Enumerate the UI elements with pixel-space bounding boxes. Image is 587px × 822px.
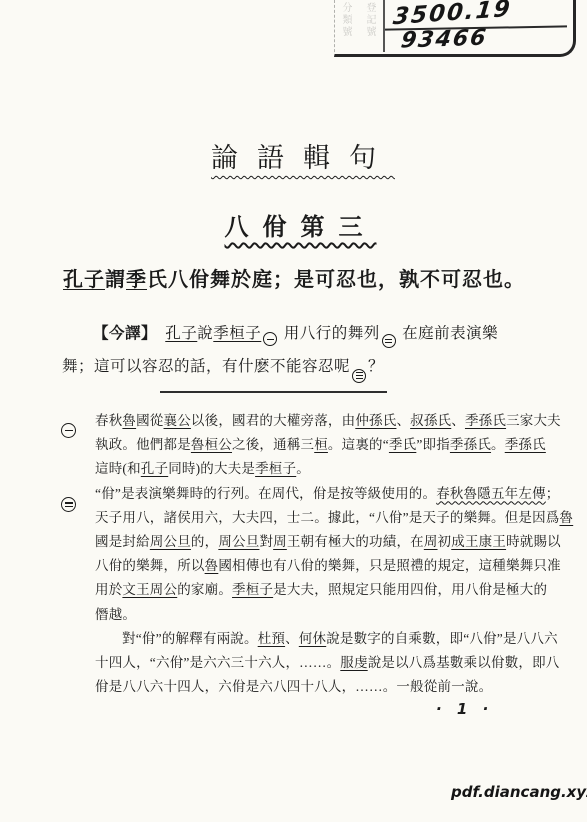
text-segment: 是大夫，照規定只能用四佾，用八佾是極大的 — [273, 582, 547, 597]
scanned-book-page: 分類號 登記號 3500.19 93466 論語輯句 八佾第三 孔子謂季氏八佾舞… — [0, 0, 587, 822]
proper-name-marked-text: 春秋魯隱五年左傳 — [436, 486, 546, 501]
proper-name-marked-text: 成王康王 — [451, 534, 506, 549]
text-line: 孔子謂季氏八佾舞於庭；是可忍也，孰不可忍也。 — [63, 265, 543, 295]
proper-name-marked-text: 季孫氏 — [450, 437, 491, 452]
text-segment: ； — [546, 486, 560, 501]
footnote-1-body: 春秋魯國從襄公以後，國君的大權旁落，由仲孫氏、叔孫氏、季孫氏三家大夫執政。他們都… — [95, 409, 559, 482]
proper-name-marked-text: 季氏 — [389, 437, 416, 452]
text-segment: 、 — [285, 631, 299, 646]
text-segment: 。 — [296, 461, 310, 476]
translation-block: 【今譯】 孔子說季桓子 用八行的舞列 在庭前表演樂舞；這可以容忍的話，有什麽不能… — [62, 317, 540, 383]
note-mark-icon — [61, 497, 76, 512]
proper-name-marked-text: 周 — [273, 534, 287, 549]
stamp-registration-label: 登記號 — [362, 2, 377, 55]
text-line: 僭越。 — [95, 603, 559, 627]
proper-name-marked-text: 襄公 — [164, 413, 191, 428]
text-segment: 的， — [191, 534, 218, 549]
text-line: 八佾的樂舞，所以魯國相傳也有八佾的樂舞，只是照禮的規定，這種樂舞只准 — [95, 554, 559, 578]
text-segment: 對 — [259, 534, 273, 549]
chapter-title: 八佾第三 — [0, 207, 587, 242]
text-segment: 國是封給 — [95, 534, 150, 549]
proper-name-marked-text: 周 — [424, 534, 438, 549]
text-segment: 。 — [491, 437, 505, 452]
text-segment: 說是數字的自乘數，即“八佾”是八八六 — [326, 631, 558, 646]
note-mark-icon — [263, 332, 277, 346]
text-segment: 這時(和 — [95, 461, 141, 476]
text-line: 用於文王周公的家廟。季桓子是大夫，照規定只能用四佾，用八佾是極大的 — [95, 578, 559, 602]
note-mark-icon — [352, 369, 366, 383]
text-segment: 在庭前表演樂 — [398, 325, 498, 342]
handwritten-registration-number: 93466 — [399, 25, 489, 53]
text-segment: 同時)的大夫是 — [168, 461, 255, 476]
text-segment: 對“佾”的解釋有兩說。 — [122, 631, 258, 646]
text-segment: ？ — [368, 358, 384, 375]
text-segment: ”即指 — [416, 437, 450, 452]
proper-name-marked-text: 孔子 — [141, 461, 168, 476]
text-segment: 氏八佾舞於庭；是可忍也，孰不可忍也。 — [147, 269, 525, 291]
proper-name-marked-text: 魯 — [122, 413, 136, 428]
footnote-2: “佾”是表演樂舞時的行列。在周代，佾是按等級使用的。春秋魯隱五年左傳；天子用八，… — [59, 482, 559, 700]
note-mark-icon — [61, 423, 76, 438]
proper-name-marked-text: 魯 — [559, 510, 573, 525]
text-line: 對“佾”的解釋有兩說。杜預、何休說是數字的自乘數，即“八佾”是八八六 — [95, 627, 559, 651]
text-segment: 時就賜以 — [506, 534, 561, 549]
text-segment: 說 — [197, 325, 213, 342]
text-segment: “佾”是表演樂舞時的行列。在周代，佾是按等級使用的。 — [95, 486, 436, 501]
text-segment: 執政。他們都是 — [95, 437, 191, 452]
text-segment: 三家大夫 — [506, 413, 561, 428]
proper-name-marked-text: 杜預 — [258, 631, 285, 646]
page-number: · 1 · — [436, 700, 493, 718]
proper-name-marked-text: 季桓子 — [255, 461, 296, 476]
watermark-url: pdf.diancang.xyz — [451, 783, 587, 801]
text-line: “佾”是表演樂舞時的行列。在周代，佾是按等級使用的。春秋魯隱五年左傳； — [95, 482, 559, 506]
text-segment: 說是以八爲基數乘以佾數，即八 — [368, 655, 560, 670]
book-title: 論語輯句 — [0, 136, 587, 175]
proper-name-marked-text: 周公旦 — [218, 534, 259, 549]
text-line: 執政。他們都是魯桓公之後，通稱三桓。這裏的“季氏”即指季孫氏。季孫氏 — [95, 433, 559, 457]
text-line: 國是封給周公旦的，周公旦對周王朝有極大的功績，在周初成王康王時就賜以 — [95, 530, 559, 554]
text-line: 這時(和孔子同時)的大夫是季桓子。 — [95, 457, 559, 481]
proper-name-marked-text: 季孫氏 — [505, 437, 546, 452]
proper-name-marked-text: 仲孫氏 — [355, 413, 396, 428]
note-mark-icon — [382, 334, 396, 348]
footnotes-section: 春秋魯國從襄公以後，國君的大權旁落，由仲孫氏、叔孫氏、季孫氏三家大夫執政。他們都… — [59, 409, 559, 699]
text-line: 佾是八八六十四人，六佾是六八四十八人，……。一般從前一說。 — [95, 675, 559, 699]
stamp-class-label: 分類號 — [338, 2, 353, 55]
text-segment: 國相傳也有八佾的樂舞，只是照禮的規定，這種樂舞只准 — [218, 558, 561, 573]
stamp-vertical-rule — [383, 0, 385, 52]
text-segment: 春秋 — [95, 413, 122, 428]
text-segment: 用八行的舞列 — [279, 325, 379, 342]
text-segment: 國從 — [136, 413, 163, 428]
text-segment: 佾是八八六十四人，六佾是六八四十八人，……。一般從前一說。 — [95, 679, 492, 694]
proper-name-marked-text: 何休 — [299, 631, 326, 646]
text-line: 十四人，“六佾”是六六三十六人，……。服虔說是以八爲基數乘以佾數，即八 — [95, 651, 559, 675]
proper-name-marked-text: 孔子 — [63, 269, 105, 291]
proper-name-marked-text: 周公旦 — [150, 534, 191, 549]
library-stamp-box: 分類號 登記號 3500.19 93466 — [334, 0, 576, 57]
text-segment: 。這裏的“ — [328, 437, 389, 452]
text-segment: 、 — [451, 413, 465, 428]
text-segment: 的家廟。 — [177, 582, 232, 597]
text-segment: 用於 — [95, 582, 122, 597]
proper-name-marked-text: 孔子 — [165, 325, 197, 342]
text-segment: 謂 — [105, 269, 126, 291]
analect-quote: 孔子謂季氏八佾舞於庭；是可忍也，孰不可忍也。 — [63, 265, 543, 295]
proper-name-marked-text: 文王周公 — [122, 582, 177, 597]
footnote-1-marker — [59, 409, 95, 438]
text-line: 天子用八，諸侯用六，大夫四，士二。據此，“八佾”是天子的樂舞。但是因爲魯 — [95, 506, 559, 530]
text-segment: 之後，通稱三 — [232, 437, 314, 452]
proper-name-marked-text: 季桓子 — [213, 325, 261, 342]
text-segment: 十四人，“六佾”是六六三十六人，……。 — [95, 655, 340, 670]
text-line: 舞；這可以容忍的話，有什麽不能容忍呢？ — [62, 350, 540, 383]
proper-name-marked-text: 季孫氏 — [465, 413, 506, 428]
text-line: 【今譯】 孔子說季桓子 用八行的舞列 在庭前表演樂 — [62, 317, 540, 350]
proper-name-marked-text: 魯 — [205, 558, 219, 573]
text-line: 春秋魯國從襄公以後，國君的大權旁落，由仲孫氏、叔孫氏、季孫氏三家大夫 — [95, 409, 559, 433]
footnote-2-marker — [59, 482, 95, 513]
footnote-1: 春秋魯國從襄公以後，國君的大權旁落，由仲孫氏、叔孫氏、季孫氏三家大夫執政。他們都… — [59, 409, 559, 482]
proper-name-marked-text: 季桓子 — [232, 582, 273, 597]
footnote-divider-line — [160, 391, 387, 393]
text-segment: 、 — [396, 413, 410, 428]
proper-name-marked-text: 魯桓公 — [191, 437, 232, 452]
proper-name-marked-text: 季 — [126, 269, 147, 291]
text-segment: 天子用八，諸侯用六，大夫四，士二。據此，“八佾”是天子的樂舞。但是因爲 — [95, 510, 559, 525]
proper-name-marked-text: 桓 — [314, 437, 328, 452]
footnote-2-body: “佾”是表演樂舞時的行列。在周代，佾是按等級使用的。春秋魯隱五年左傳；天子用八，… — [95, 482, 559, 700]
text-segment: 八佾的樂舞，所以 — [95, 558, 205, 573]
text-segment: 以後，國君的大權旁落，由 — [191, 413, 355, 428]
text-segment: 初 — [438, 534, 452, 549]
text-segment: 舞；這可以容忍的話，有什麽不能容忍呢 — [62, 358, 350, 375]
text-segment: 王朝有極大的功績，在 — [287, 534, 424, 549]
proper-name-marked-text: 服虔 — [340, 655, 367, 670]
proper-name-marked-text: 叔孫氏 — [410, 413, 451, 428]
text-segment: 【今譯】 — [93, 325, 165, 342]
text-segment: 僭越。 — [95, 607, 136, 622]
